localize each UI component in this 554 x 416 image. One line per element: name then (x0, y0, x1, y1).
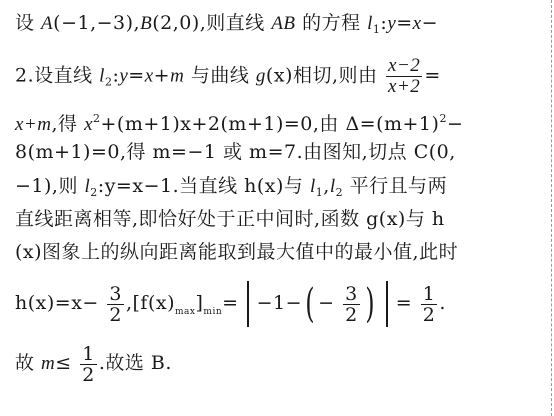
solution-line-2: 2.设直线 l2:y=x+m 与曲线 g(x)相切,则由 x−2x+2= (15, 56, 441, 97)
solution-line-7: (x)图象上的纵向距离能取到最大值中的最小值,此时 (15, 241, 458, 263)
numerator: x−2 (386, 56, 422, 77)
var-y: y (119, 66, 128, 87)
text: ≤ (55, 352, 71, 374)
text: (x)图象上的纵向距离能取到最大值中的最小值,此时 (15, 241, 458, 263)
text: ,得 (51, 113, 84, 135)
var-y: y (387, 13, 396, 34)
subscript: 2 (90, 186, 98, 199)
var-m: m (170, 66, 184, 87)
subscript: 2 (336, 186, 344, 199)
abs-bar-left (247, 281, 249, 327)
fraction-1-2: 12 (421, 284, 438, 325)
denominator: 2 (80, 365, 97, 385)
text: = (396, 292, 412, 314)
solution-line-8: h(x)=x− 32,[f(x)max]min=−1−(− 32)= 12. (15, 280, 446, 335)
text: 与曲线 (184, 65, 256, 87)
numerator: 1 (80, 344, 97, 365)
numerator: 3 (343, 284, 360, 305)
text: + (154, 65, 170, 87)
text: (x) (266, 65, 293, 87)
text: .故选 B. (99, 352, 172, 374)
subscript-min: min (203, 307, 222, 317)
text: . (439, 292, 446, 314)
text: 设 (15, 12, 41, 34)
text: = (396, 12, 412, 34)
fraction: x−2x+2 (386, 56, 422, 97)
text: − (422, 12, 438, 34)
text: 的方程 (296, 12, 368, 34)
paren-left: ( (305, 284, 315, 324)
paren-right: ) (365, 284, 375, 324)
solution-line-9: 故 m≤ 12.故选 B. (15, 340, 172, 387)
point-b: B (140, 13, 152, 34)
line-ab: AB (271, 13, 295, 34)
text: 故 (15, 352, 41, 374)
text: = (424, 65, 440, 87)
solution-line-4: 8(m+1)=0,得 m=−1 或 m=7.由图知,切点 C(0, (15, 141, 456, 163)
text: :y=x−1.当直线 h(x)与 (98, 175, 310, 197)
denominator: 2 (107, 305, 124, 325)
fraction-1-2: 12 (80, 344, 97, 385)
text: − (447, 113, 463, 135)
solution-line-1: 设 A(−1,−3),B(2,0),则直线 AB 的方程 l1:y=x− (15, 12, 438, 41)
point-a: A (41, 13, 53, 34)
text: +(m+1)x+2(m+1)=0,由 Δ=(m+1) (101, 113, 440, 135)
func-g: g (256, 66, 266, 87)
dashed-column-border (551, 0, 552, 416)
denominator: 2 (421, 305, 438, 325)
text: 相切,则由 (293, 65, 378, 87)
solution-page: 设 A(−1,−3),B(2,0),则直线 AB 的方程 l1:y=x− 2.设… (0, 0, 554, 416)
text: 2.设直线 (15, 65, 99, 87)
superscript: 2 (439, 112, 447, 125)
text: x+m (15, 114, 51, 135)
text: = (222, 292, 238, 314)
text: 平行且与两 (343, 175, 447, 197)
solution-line-5: −1),则 l2:y=x−1.当直线 h(x)与 l1,l2 平行且与两 (15, 175, 447, 204)
text: h(x)=x− (15, 292, 99, 314)
fraction-3-2: 32 (343, 284, 360, 325)
text: − (318, 292, 334, 314)
fraction-3-2: 32 (107, 284, 124, 325)
text: −1− (257, 292, 302, 314)
denominator: 2 (343, 305, 360, 325)
var-x: x (413, 13, 422, 34)
solution-line-6: 直线距离相等,即恰好处于正中间时,函数 g(x)与 h (15, 208, 445, 230)
text: 直线距离相等,即恰好处于正中间时,函数 g(x)与 h (15, 208, 445, 230)
superscript: 2 (93, 112, 101, 125)
text: (2,0),则直线 (152, 12, 271, 34)
text: (−1,−3), (53, 12, 140, 34)
numerator: 1 (421, 284, 438, 305)
text: 8(m+1)=0,得 m=−1 或 m=7.由图知,切点 C(0, (15, 141, 456, 163)
abs-bar-right (386, 281, 388, 327)
solution-line-3: x+m,得 x2+(m+1)x+2(m+1)=0,由 Δ=(m+1)2− (15, 108, 463, 136)
numerator: 3 (107, 284, 124, 305)
subscript-max: max (175, 307, 195, 317)
text: ,[f(x) (126, 292, 175, 314)
text: = (128, 65, 144, 87)
denominator: x+2 (386, 77, 422, 97)
var-m: m (41, 353, 55, 374)
var-x: x (145, 66, 154, 87)
text: −1),则 (15, 175, 85, 197)
var-x: x (84, 114, 93, 135)
